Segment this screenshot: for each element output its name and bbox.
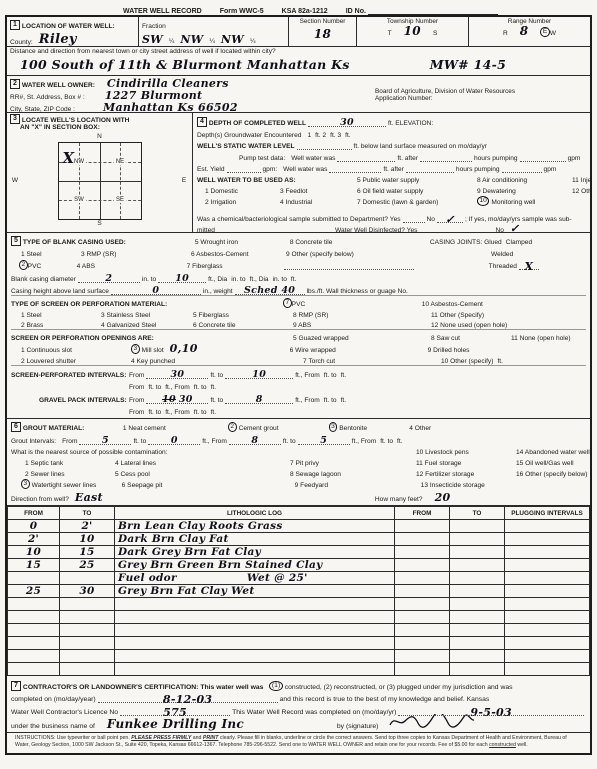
use-option-4: 4 Industrial (280, 199, 357, 206)
log-litho-cell: Fuel odorWet @ 25' (115, 572, 395, 585)
plug-interval-cell (505, 533, 590, 546)
plug-to-cell (450, 585, 505, 598)
grout-from1-value: 5 (102, 435, 109, 446)
casing-other-blank (284, 261, 414, 270)
from-label: From (129, 384, 144, 391)
plug-from-cell (395, 572, 450, 585)
contamination-question: What is the nearest source of possible c… (11, 449, 416, 456)
quadrant-ne-label: NE (114, 159, 126, 165)
instructions-text-1: INSTRUCTIONS: Use typewriter or ball poi… (15, 735, 131, 741)
sample-yes-blank (403, 214, 425, 223)
opening-option-4: 4 Key punched (131, 358, 303, 365)
plug-to-cell (450, 546, 505, 559)
well-water-was: Well water was (291, 155, 335, 162)
plug-from-cell (395, 611, 450, 624)
yield-blank-4 (502, 164, 542, 173)
compass-south: S (10, 220, 189, 228)
plug-interval-cell (505, 546, 590, 559)
contamination-option-3-circled-number: 3 (21, 479, 30, 489)
diameter-ft-blank: 10 (158, 274, 206, 283)
lbs-label: lbs./ft. Wall thickness or guage No. (307, 288, 408, 295)
opening-option-8: 8 Saw cut (431, 335, 511, 342)
lithologic-log-table: FROM TO LITHOLOGIC LOG FROM TO PLUGGING … (7, 506, 590, 676)
plug-interval-cell (505, 637, 590, 650)
plug-interval-cell (505, 663, 590, 676)
mill-slot-value: 0,10 (170, 343, 290, 354)
log-from-cell: 25 (8, 585, 60, 598)
ft-from: ft., From (295, 397, 320, 404)
gravel-intervals-label: GRAVEL PACK INTERVALS: (11, 397, 129, 404)
ft-from: ft., From (295, 372, 320, 379)
height-value: 0 (152, 285, 159, 296)
gpm-label: gpm (568, 155, 581, 162)
plug-interval-cell (505, 611, 590, 624)
address-label: RR#, St. Address, Box # : (10, 94, 85, 101)
well-water-was: Well water was (283, 166, 327, 173)
signature (386, 714, 476, 730)
section-box-dash (79, 143, 80, 219)
log-to-value: 15 (79, 546, 94, 558)
completed-on-label: completed on (mo/day/year) (11, 696, 96, 703)
plug-to-cell (450, 533, 505, 546)
log-litho-cell (115, 650, 395, 663)
range-prefix: R (503, 30, 508, 37)
opening-option-9: 9 Drilled holes (428, 347, 470, 354)
plug-interval-cell (505, 585, 590, 598)
quarter-glyph: ¼ (250, 38, 256, 45)
threaded-label: Threaded (489, 263, 517, 270)
section1-number: 1 (10, 20, 20, 30)
sample-mitted: mitted (197, 227, 215, 232)
scanned-form-page: WATER WELL RECORD Form WWC-5 KSA 82a-121… (0, 0, 597, 769)
grout-option-2-label: Cement grout (239, 425, 329, 432)
use-option-3: 3 Feedlot (280, 188, 357, 195)
gpi-from-value: 30 (179, 394, 193, 405)
use-option-5: 5 Public water supply (357, 177, 477, 184)
log-to-cell: 25 (60, 559, 115, 572)
contamination-option-1: 1 Septic tank (25, 460, 115, 467)
board-line2: Application Number: (375, 95, 587, 102)
ft-label: ft. (341, 372, 347, 379)
disinfected-question: Water Well Disinfected? Yes (335, 227, 417, 232)
screen-material-title: TYPE OF SCREEN OR PERFORATION MATERIAL: (11, 301, 283, 308)
section7-number: 7 (11, 681, 21, 691)
section4-number: 4 (197, 117, 207, 127)
opening-option-5: 5 Guazed wrapped (293, 335, 431, 342)
log-from-cell (8, 598, 60, 611)
opening-option-6: 6 Wire wrapped (290, 347, 428, 354)
ft-from: ft., From (165, 409, 190, 416)
pump-blank-1 (337, 153, 395, 162)
casing-option-2-circled-number: 2 (19, 260, 28, 270)
log-from-cell: 15 (8, 559, 60, 572)
material-option-10: 10 Asbestos-Cement (422, 301, 483, 308)
section1-title: LOCATION OF WATER WELL: (22, 23, 115, 30)
record-date-blank: 9-5-03 (398, 707, 584, 716)
pump-blank-2 (420, 153, 472, 162)
section-number-cell: Section Number 18 (289, 17, 357, 46)
gpm-colon: gpm: (263, 166, 278, 173)
log-litho-cell: Dark Brn Clay Fat (115, 533, 395, 546)
log-litho-cell (115, 663, 395, 676)
form-header: WATER WELL RECORD Form WWC-5 KSA 82a-121… (5, 2, 592, 15)
plug-from-cell (395, 585, 450, 598)
opening-option-1: 1 Continuous slot (21, 347, 131, 354)
grout-intervals-label: Grout Intervals: (11, 438, 56, 445)
township-value: 10 (404, 25, 421, 37)
licence-value: 575 (163, 706, 187, 719)
county-value: Riley (39, 33, 77, 46)
section5-block: 5 TYPE OF BLANK CASING USED: 5 Wrought i… (7, 233, 590, 419)
business-name-label: under the business name of (11, 723, 95, 730)
from-label: From (129, 372, 144, 379)
log-header-row: FROM TO LITHOLOGIC LOG FROM TO PLUGGING … (8, 507, 590, 520)
contamination-option-2: 2 Sewer lines (25, 471, 115, 478)
log-litho-cell (115, 598, 395, 611)
grout-to2-blank: 5 (298, 436, 350, 445)
casing-height-label: Casing height above land surface (11, 288, 109, 295)
log-litho-value: Fuel odor (118, 572, 177, 584)
board-line1: Board of Agriculture, Division of Water … (375, 88, 587, 95)
grout-from2-blank: 8 (229, 436, 281, 445)
log-litho-value: Brn Lean Clay Roots Grass (118, 520, 283, 532)
direction-question: Direction from well? (11, 496, 69, 503)
est-yield-label: Est. Yield (197, 166, 225, 173)
form-title: WATER WELL RECORD (123, 8, 202, 15)
casing-diameter-label: Blank casing diameter (11, 276, 76, 283)
log-litho-value: Dark Brn Clay Fat (118, 533, 229, 545)
in-to: in. to (273, 276, 287, 283)
opening-option-11: 11 None (open hole) (511, 335, 571, 342)
section3-4-row: 3LOCATE WELL'S LOCATION WITH AN "X" IN S… (7, 113, 590, 233)
contamination-option-6: 6 Seepage pit (122, 482, 295, 489)
log-row (8, 663, 590, 676)
fraction-3: NW (221, 34, 244, 45)
section2-owner-row: 2 WATER WELL OWNER: Cindirilla Cleaners … (7, 76, 590, 113)
certification-title-text: CONTRACTOR'S OR LANDOWNER'S CERTIFICATIO… (23, 684, 264, 691)
ft-to: ft. to (133, 438, 146, 445)
casing-option-2-label: PVC (28, 263, 77, 270)
log-row: 25 30 Grey Brn Fat Clay Wet (8, 585, 590, 598)
section3-block: 3LOCATE WELL'S LOCATION WITH AN "X" IN S… (7, 113, 193, 232)
static-level-label: WELL'S STATIC WATER LEVEL (197, 143, 295, 150)
from-label: From (129, 409, 144, 416)
instructions-text-2: and (191, 735, 203, 741)
grout-option-4: 4 Other (409, 425, 431, 432)
log-header-plugging: PLUGGING INTERVALS (505, 507, 590, 520)
use-option-6: 6 Oil field water supply (357, 188, 477, 195)
range-east-circled: E (540, 27, 549, 37)
contamination-option-12: 12 Fertilizer storage (416, 471, 516, 478)
use-option-1: 1 Domestic (205, 188, 280, 195)
log-row (8, 611, 590, 624)
ft-after: ft. after (397, 155, 418, 162)
opening-option-3-label: Mill slot (142, 347, 164, 354)
signature-label: by (signature) (337, 723, 379, 730)
plug-to-cell (450, 663, 505, 676)
contamination-option-13: 13 Insecticide storage (421, 482, 521, 489)
material-option-3: 3 Stainless Steel (101, 312, 193, 319)
openings-title: SCREEN OR PERFORATION OPENINGS ARE: (11, 335, 293, 342)
gpi-to-blank: 8 (225, 395, 293, 404)
casing-option-9: 9 Other (specify below) (286, 251, 426, 258)
ft-to: ft. to (194, 409, 207, 416)
yield-blank (227, 164, 261, 173)
spi-to-value: 10 (252, 369, 266, 380)
section3-number: 3 (10, 114, 20, 124)
opening-option-10: 10 Other (specify) (441, 358, 493, 365)
grout-to2-value: 5 (320, 435, 327, 446)
height-blank: 0 (111, 286, 201, 295)
fraction-cell: Fraction SW¼ NW¼ NW¼ (139, 17, 289, 46)
log-row (8, 598, 590, 611)
owner-block: 2 WATER WELL OWNER: Cindirilla Cleaners … (7, 76, 372, 112)
ft-from: ft., From (202, 438, 227, 445)
direction-value: East (75, 492, 375, 503)
log-to-cell (60, 611, 115, 624)
ft-from: ft., From (165, 384, 190, 391)
opening-option-3-circled-number: 3 (131, 344, 140, 354)
in-to: in. to (231, 276, 245, 283)
use-option-10-circled-number: 10 (477, 196, 489, 206)
hours-pumping: hours pumping (474, 155, 518, 162)
section6-number: 6 (11, 422, 21, 432)
log-row: 15 25 Grey Brn Green Brn Stained Clay (8, 559, 590, 572)
screen-intervals-label: SCREEN-PERFORATED INTERVALS: (11, 372, 129, 379)
grout-option-3-circled-number: 3 (329, 422, 338, 432)
log-from-cell (8, 572, 60, 585)
how-many-feet-value: 20 (435, 492, 451, 503)
material-option-1: 1 Steel (21, 312, 101, 319)
owner-address-value: 1227 Blurmont (105, 90, 203, 101)
gw-2: ft. 2 (315, 132, 326, 139)
plug-from-cell (395, 637, 450, 650)
board-block: Board of Agriculture, Division of Water … (372, 76, 590, 112)
grout-option-2-circled-number: 2 (228, 422, 237, 432)
section7-certification: 7 CONTRACTOR'S OR LANDOWNER'S CERTIFICAT… (7, 676, 590, 732)
log-litho-note: Wet @ 25' (247, 572, 308, 584)
yield-blank-3 (406, 164, 454, 173)
ft-to: ft. to (380, 438, 393, 445)
compass-west: W (10, 177, 20, 185)
certification-line1-text: constructed, (2) reconstructed, or (3) p… (285, 684, 513, 691)
contamination-option-10: 10 Livestock pens (416, 449, 516, 456)
gw-1: 1 (307, 132, 311, 139)
gpm-label: gpm (544, 166, 557, 173)
ft-label: ft. (397, 438, 403, 445)
disinfected-no-check: ✓ (510, 223, 520, 232)
log-row: Fuel odorWet @ 25' (8, 572, 590, 585)
distance-row: Distance and direction from nearest town… (7, 47, 590, 76)
plug-from-cell (395, 650, 450, 663)
licence-label: Water Well Contractor's Licence No (11, 709, 118, 716)
log-header-to: TO (60, 507, 115, 520)
pump-test-label: Pump test data: (239, 155, 285, 162)
log-from-cell: 0 (8, 520, 60, 533)
instructions-constructed: constructed (489, 742, 516, 748)
quarter-glyph: ¼ (209, 38, 215, 45)
plug-from-cell (395, 598, 450, 611)
depth-value: 30 (340, 117, 354, 128)
section3-title-2: AN "X" IN SECTION BOX: (10, 124, 189, 133)
section5-number: 5 (11, 236, 21, 246)
address-value: 100 South of 11th & Blurmont Manhattan K… (20, 59, 350, 72)
log-from-value: 25 (26, 585, 41, 597)
log-litho-cell: Grey Brn Green Brn Stained Clay (115, 559, 395, 572)
material-option-4: 4 Galvanized Steel (101, 322, 193, 329)
in-to: in. to (142, 276, 156, 283)
plug-from-cell (395, 624, 450, 637)
sample-no-label: No (427, 216, 435, 223)
log-from-cell (8, 637, 60, 650)
plug-interval-cell (505, 624, 590, 637)
use-option-7: 7 Domestic (lawn & garden) (357, 199, 477, 206)
spi-to-blank: 10 (225, 370, 293, 379)
certification-line2-text: and this record is true to the best of m… (280, 696, 490, 703)
diameter-value: 2 (105, 273, 112, 284)
log-to-cell: 30 (60, 585, 115, 598)
form-number: Form WWC-5 (220, 8, 264, 15)
opening-option-2: 2 Louvered shutter (21, 358, 131, 365)
plug-to-cell (450, 520, 505, 533)
section-number-label: Section Number (292, 18, 353, 25)
log-to-value: 2' (81, 520, 92, 532)
grout-option-1: 1 Neat cement (123, 425, 228, 432)
section-box-dash (59, 200, 141, 201)
casing-option-4: 4 ABS (77, 263, 187, 270)
log-litho-cell: Grey Brn Fat Clay Wet (115, 585, 395, 598)
section1-location-row: 1LOCATION OF WATER WELL: County:Riley Fr… (7, 17, 590, 47)
distance-question: Distance and direction from nearest town… (10, 48, 587, 55)
form-id-label: ID No. (346, 8, 366, 15)
hours-pumping: hours pumping (456, 166, 500, 173)
log-from-cell (8, 663, 60, 676)
welded-label: Welded (491, 251, 513, 258)
casing-option-7: 7 Fiberglass (187, 263, 282, 270)
gpi-to-value: 8 (256, 394, 263, 405)
contamination-option-15: 15 Oil well/Gas well (516, 460, 574, 467)
plug-from-cell (395, 546, 450, 559)
ft-to: ft. to (194, 384, 207, 391)
use-label: WELL WATER TO BE USED AS: (197, 177, 357, 184)
casing-option-8: 8 Concrete tile (290, 239, 430, 246)
log-row: 2' 10 Dark Brn Clay Fat (8, 533, 590, 546)
static-level-text: ft. below land surface measured on mo/da… (354, 143, 487, 150)
casing-option-3: 3 RMP (SR) (81, 251, 191, 258)
range-cell: Range Number R 8 E W (469, 17, 590, 46)
range-west: W (550, 30, 556, 37)
log-from-cell (8, 611, 60, 624)
contamination-option-9: 9 Feedyard (295, 482, 421, 489)
well-location-x-mark: X (63, 151, 75, 166)
ft-dia: ft., Dia (208, 276, 227, 283)
log-header-litho: LITHOLOGIC LOG (115, 507, 395, 520)
contamination-option-4: 4 Lateral lines (115, 460, 290, 467)
threaded-x-mark: X (524, 260, 533, 273)
ft-label: ft. (291, 276, 297, 283)
section4-title: DEPTH OF COMPLETED WELL (209, 120, 306, 127)
log-header-to2: TO (450, 507, 505, 520)
spi-from-value: 30 (170, 369, 184, 380)
log-row (8, 624, 590, 637)
gw-3: ft. 3 (330, 132, 341, 139)
log-from-value: 10 (26, 546, 41, 558)
threaded-blank: X (519, 261, 539, 270)
ft-to: ft. to (148, 409, 161, 416)
log-litho-cell (115, 624, 395, 637)
grout-from1-blank: 5 (79, 436, 131, 445)
ft-label: ft. (341, 397, 347, 404)
licence-blank: 575 (120, 707, 230, 716)
log-header-from: FROM (8, 507, 60, 520)
casing-option-1: 1 Steel (21, 251, 81, 258)
plug-interval-cell (505, 650, 590, 663)
weight-blank: Sched 40 (235, 286, 305, 295)
completed-date-blank: 8-12-03 (98, 694, 278, 703)
quadrant-sw-label: SW (72, 197, 86, 203)
ft-dia: ft., Dia (250, 276, 269, 283)
material-option-11: 11 Other (Specify) (431, 312, 484, 319)
business-name-value: Funkee Drilling Inc (107, 718, 337, 730)
use-option-11: 11 Injection well (572, 177, 590, 184)
plug-to-cell (450, 611, 505, 624)
signature-scribble (386, 714, 476, 728)
plug-from-cell (395, 533, 450, 546)
id-blank (368, 6, 498, 15)
plug-interval-cell (505, 572, 590, 585)
log-to-cell: 10 (60, 533, 115, 546)
grout-to1-value: 0 (171, 435, 178, 446)
use-option-12: 12 Other (Specify below) (572, 188, 590, 195)
section4-block: 4 DEPTH OF COMPLETED WELL 30 ft. ELEVATI… (193, 113, 590, 232)
log-from-cell (8, 650, 60, 663)
section2-number: 2 (10, 79, 20, 89)
form-ksa: KSA 82a-1212 (282, 8, 328, 15)
owner-value: Cindirilla Cleaners (107, 78, 229, 89)
static-level-blank (297, 141, 352, 150)
range-label: Range Number (472, 18, 587, 25)
yield-blank-2 (329, 164, 381, 173)
well-id-value: MW# 14-5 (430, 59, 506, 72)
plug-to-cell (450, 598, 505, 611)
section6-block: 6 GROUT MATERIAL: 1 Neat cement 2Cement … (7, 419, 590, 506)
plug-to-cell (450, 559, 505, 572)
log-to-value: 10 (79, 533, 94, 545)
log-from-value: 0 (30, 520, 38, 532)
log-header-from2: FROM (395, 507, 450, 520)
material-option-9: 9 ABS (293, 322, 431, 329)
contamination-option-16: 16 Other (specify below) (516, 471, 587, 478)
completed-date-value: 8-12-03 (163, 693, 213, 706)
gpi-from-blank: 1030 (146, 395, 208, 404)
ft-to: ft. to (324, 397, 337, 404)
plug-from-cell (395, 663, 450, 676)
log-to-cell (60, 637, 115, 650)
log-to-cell (60, 598, 115, 611)
gpi-struck-value: 10 (162, 394, 176, 405)
plug-to-cell (450, 572, 505, 585)
section2-title: WATER WELL OWNER: (22, 82, 95, 89)
log-litho-value: Grey Brn Fat Clay Wet (118, 585, 255, 597)
contamination-option-8: 8 Sewage lagoon (290, 471, 416, 478)
material-option-6: 6 Concrete tile (193, 322, 293, 329)
contamination-option-14: 14 Abandoned water well (516, 449, 590, 456)
how-many-feet-question: How many feet? (375, 496, 423, 503)
log-litho-cell (115, 637, 395, 650)
ft-label: ft. (345, 132, 351, 139)
elevation-label: ft. ELEVATION: (388, 120, 433, 127)
material-option-5: 5 Fiberglass (193, 312, 293, 319)
